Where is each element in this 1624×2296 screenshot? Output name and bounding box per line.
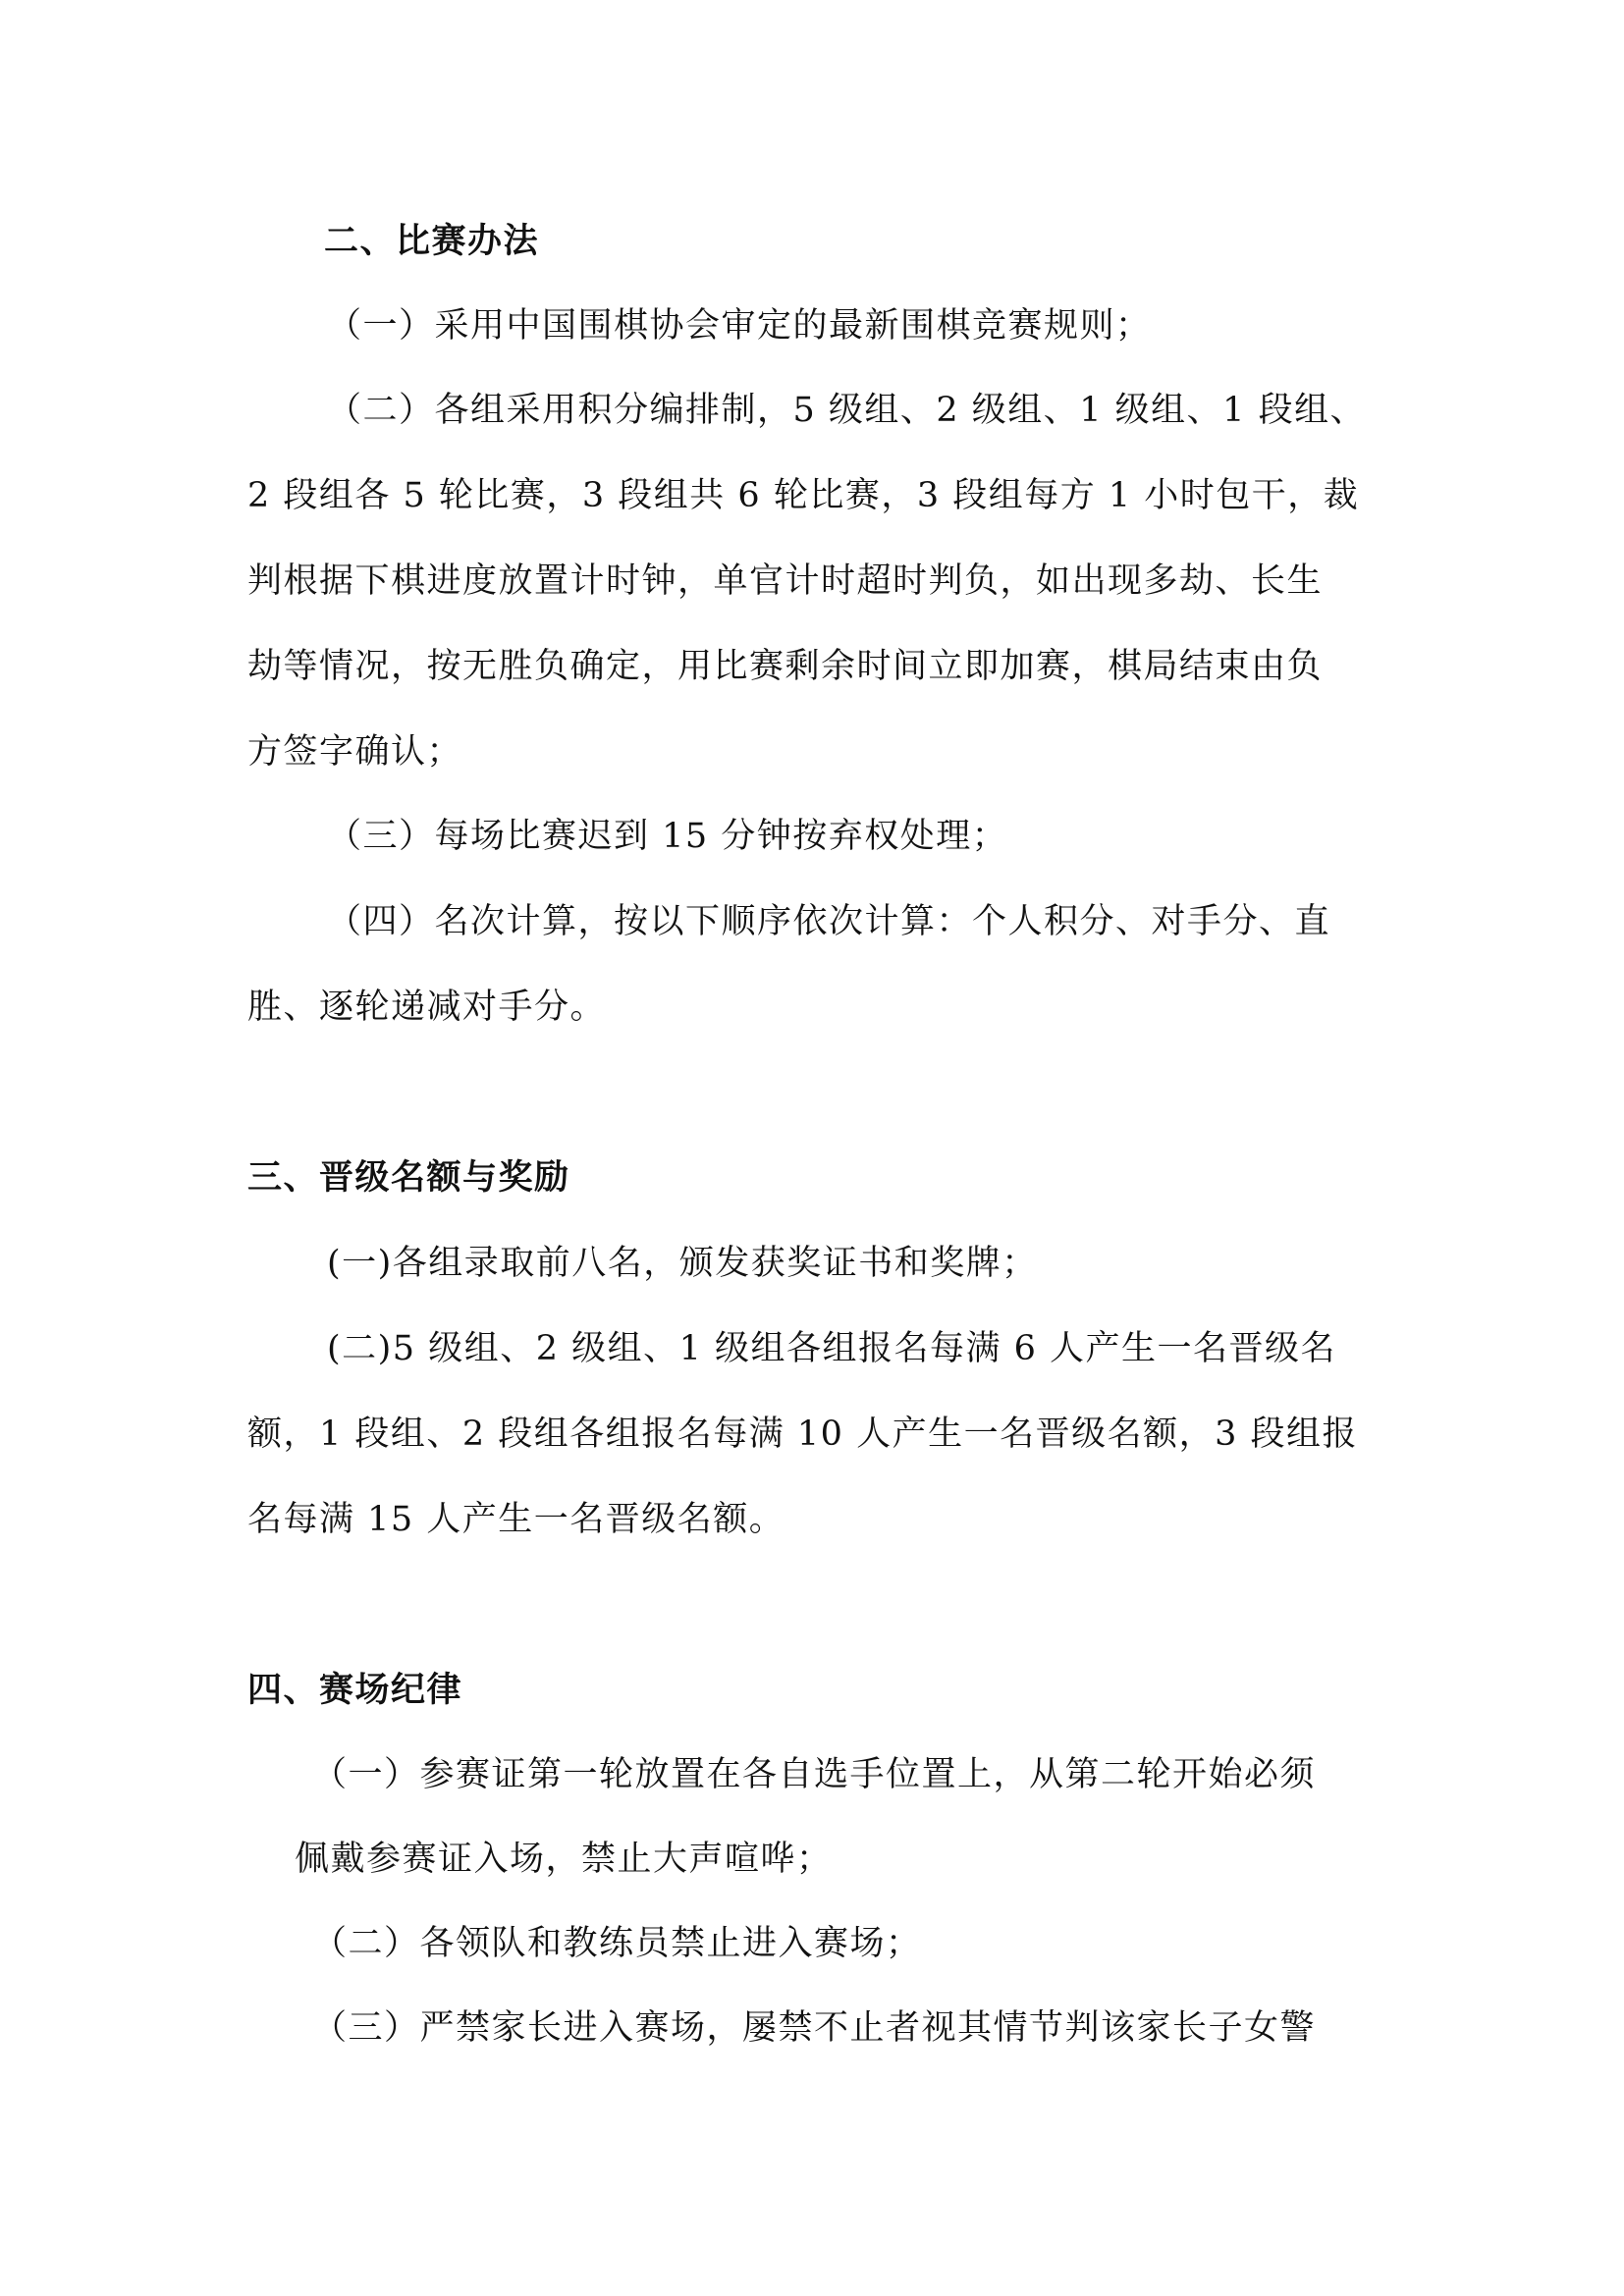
paragraph-line: （四）名次计算，按以下顺序依次计算：个人积分、对手分、直 xyxy=(327,902,1330,941)
paragraph-line: （二）各领队和教练员禁止进入赛场； xyxy=(312,1924,922,1963)
paragraph-line: （三）严禁家长进入赛场，屡禁不止者视其情节判该家长子女警 xyxy=(312,2008,1316,2048)
paragraph-line: （一）参赛证第一轮放置在各自选手位置上，从第二轮开始必须 xyxy=(312,1755,1316,1794)
paragraph-line: 额，1 段组、2 段组各组报名每满 10 人产生一名晋级名额，3 段组报 xyxy=(247,1415,1358,1454)
paragraph-line: （二）各组采用积分编排制，5 级组、2 级组、1 级组、1 段组、 xyxy=(327,391,1366,430)
paragraph-line: 判根据下棋进度放置计时钟，单官计时超时判负，如出现多劫、长生 xyxy=(247,561,1323,601)
paragraph-line: (一)各组录取前八名，颁发获奖证书和奖牌； xyxy=(327,1244,1038,1283)
section-heading-venue-discipline: 四、赛场纪律 xyxy=(247,1671,462,1710)
paragraph-line: 佩戴参赛证入场，禁止大声喧哗； xyxy=(295,1840,833,1879)
paragraph-line: 方签字确认； xyxy=(247,732,462,772)
document-page: 二、比赛办法 （一）采用中国围棋协会审定的最新围棋竞赛规则； （二）各组采用积分… xyxy=(0,0,1624,2296)
paragraph-line: 2 段组各 5 轮比赛，3 段组共 6 轮比赛，3 段组每方 1 小时包干，裁 xyxy=(247,476,1359,515)
section-heading-competition-method: 二、比赛办法 xyxy=(324,222,539,261)
paragraph-line: 胜、逐轮递减对手分。 xyxy=(247,988,606,1027)
paragraph-line: （三）每场比赛迟到 15 分钟按弃权处理； xyxy=(327,817,1007,856)
paragraph-line: 劫等情况，按无胜负确定，用比赛剩余时间立即加赛，棋局结束由负 xyxy=(247,647,1323,686)
section-heading-promotion-awards: 三、晋级名额与奖励 xyxy=(247,1158,570,1198)
paragraph-line: （一）采用中国围棋协会审定的最新围棋竞赛规则； xyxy=(327,306,1152,346)
paragraph-line: (二)5 级组、2 级组、1 级组各组报名每满 6 人产生一名晋级名 xyxy=(327,1329,1336,1368)
paragraph-line: 名每满 15 人产生一名晋级名额。 xyxy=(247,1500,785,1539)
